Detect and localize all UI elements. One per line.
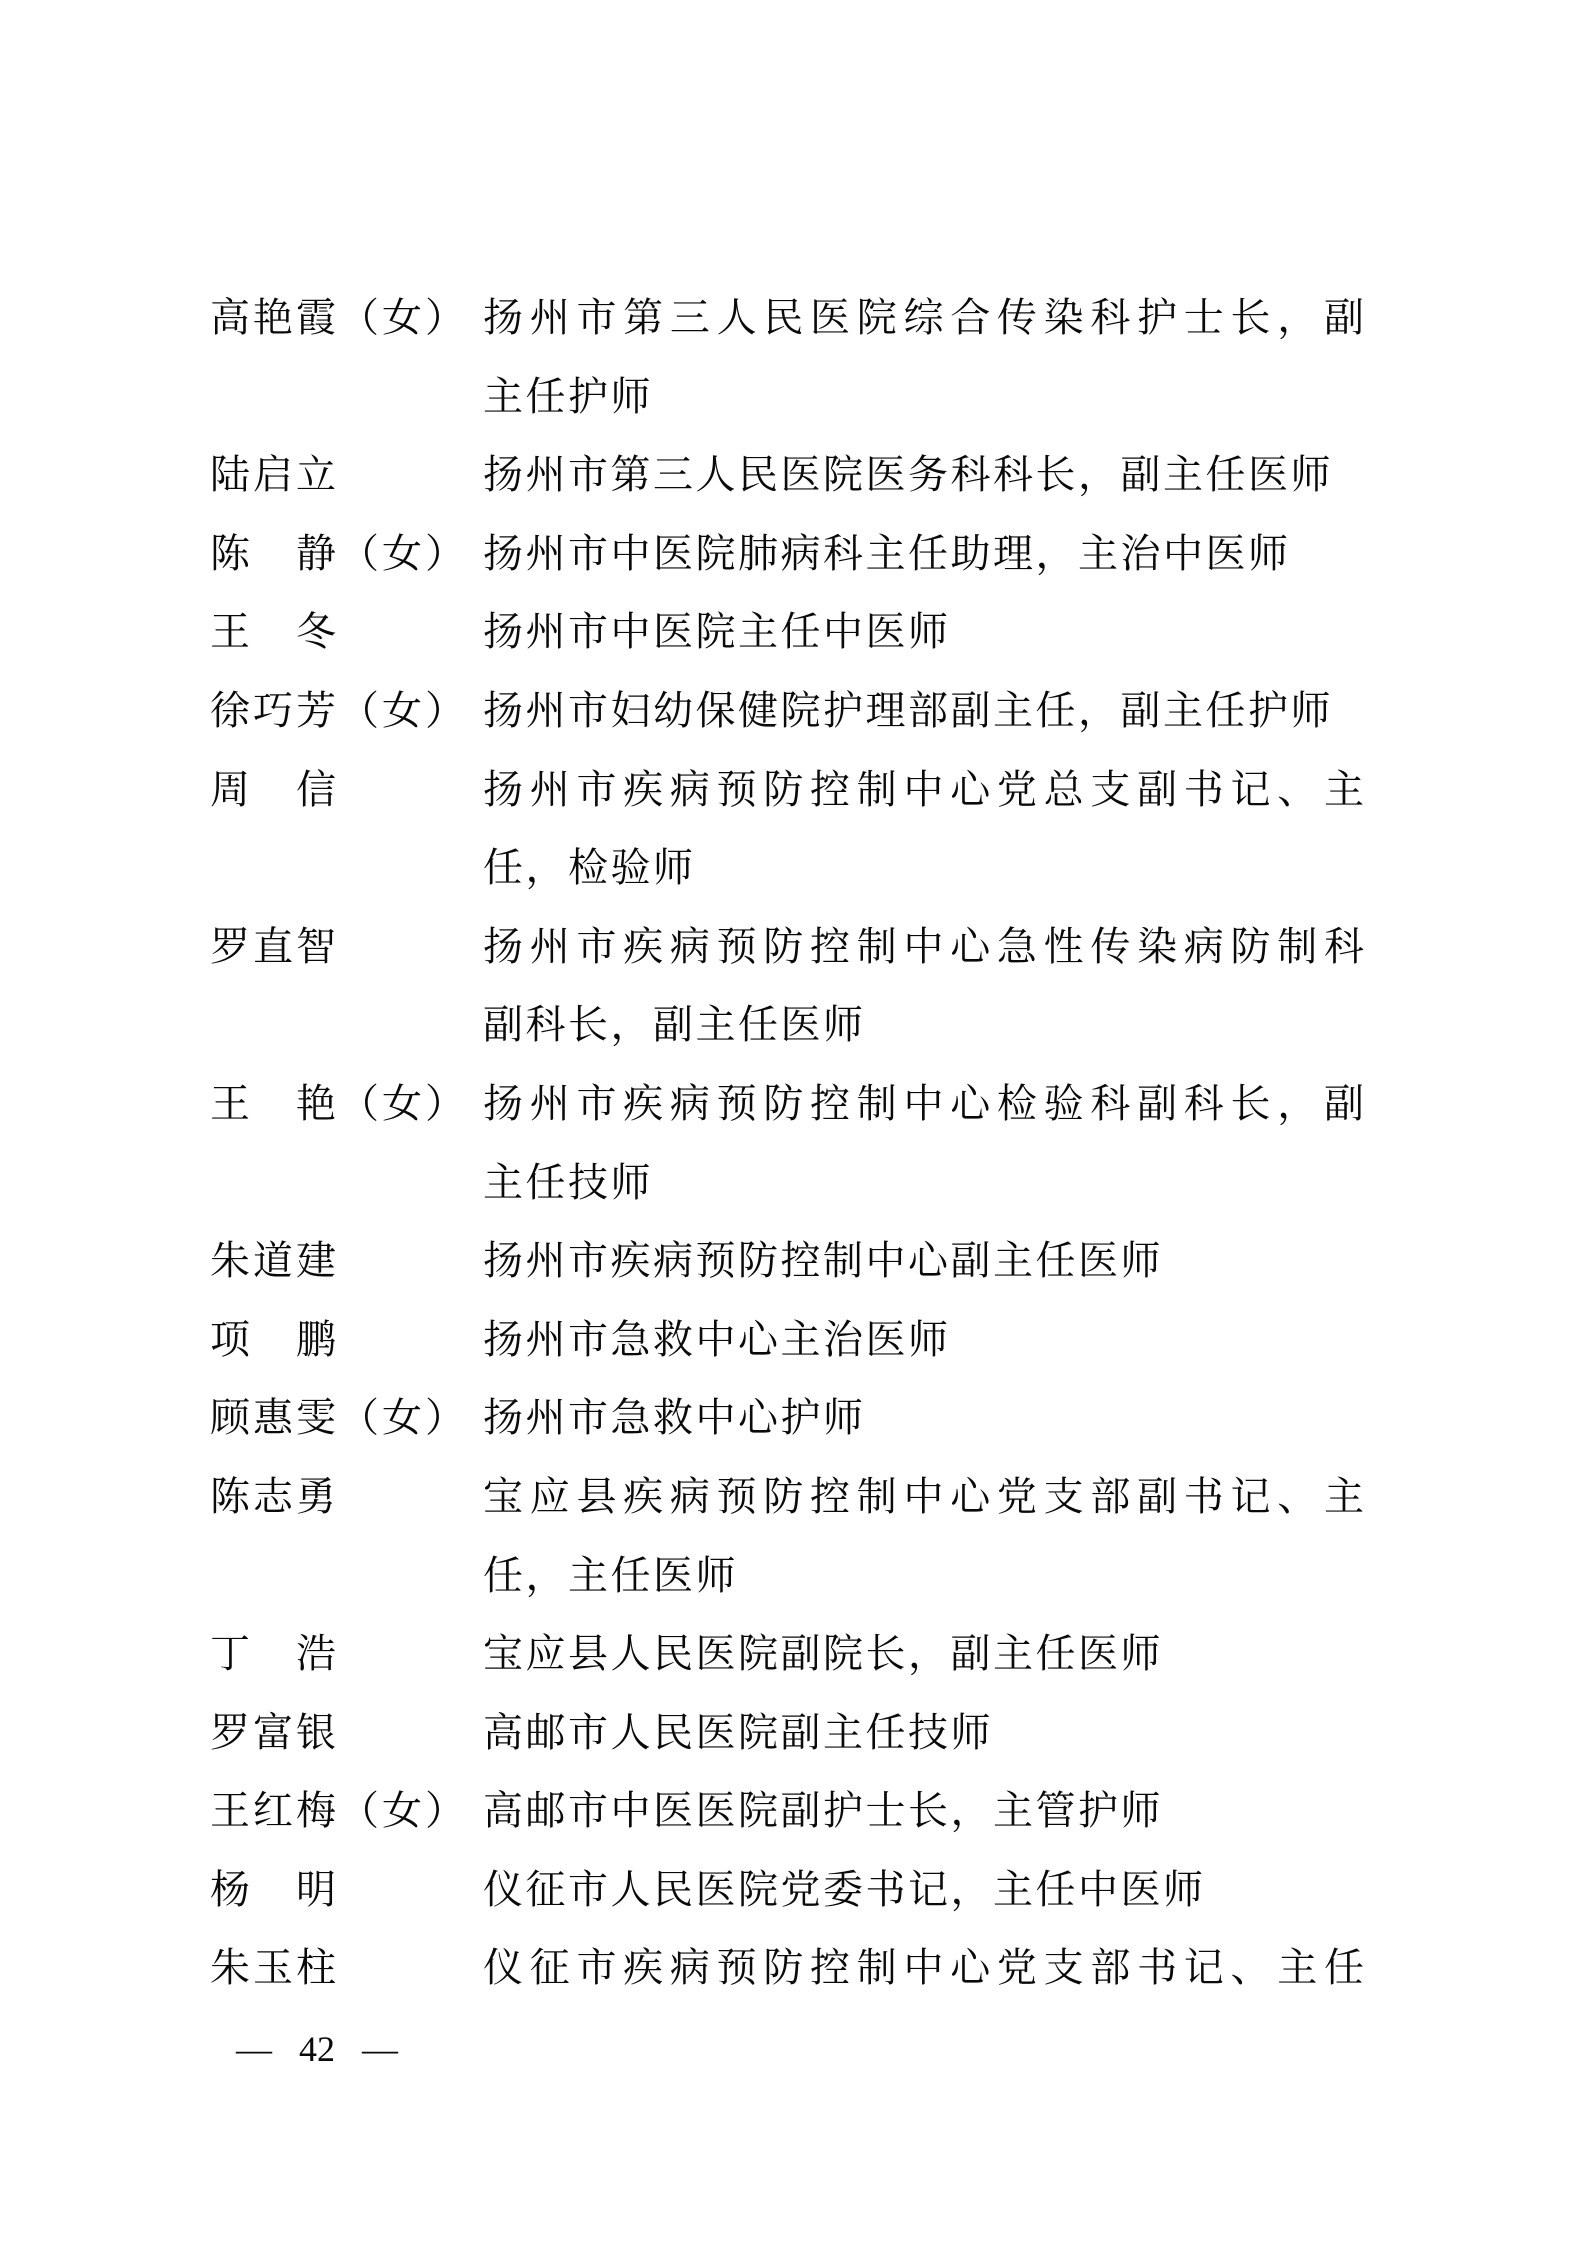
entry-name: 徐巧芳（女） (210, 672, 483, 751)
list-entry: 朱道建 扬州市疾病预防控制中心副主任医师 (210, 1222, 1364, 1301)
entry-name: 朱道建 (210, 1222, 483, 1301)
person-name: 朱玉柱 (210, 1945, 339, 1990)
entry-description-line: 扬州市中医院肺病科主任助理，主治中医师 (483, 515, 1364, 594)
entry-name: 王红梅（女） (210, 1772, 483, 1851)
list-entry: 徐巧芳（女） 扬州市妇幼保健院护理部副主任，副主任护师 (210, 672, 1364, 751)
entry-description: 扬州市第三人民医院综合传染科护士长，副 主任护师 (483, 279, 1364, 436)
list-entry: 项 鹏 扬州市急救中心主治医师 (210, 1301, 1364, 1380)
list-entry: 陈志勇 宝应县疾病预防控制中心党支部副书记、主 任，主任医师 (210, 1458, 1364, 1615)
person-name: 王 艳 (210, 1081, 339, 1126)
entry-name: 罗直智 (210, 908, 483, 987)
entry-description: 仪征市疾病预防控制中心党支部书记、主任 (483, 1929, 1364, 2008)
entry-description: 扬州市妇幼保健院护理部副主任，副主任护师 (483, 672, 1364, 751)
list-entry: 罗富银 高邮市人民医院副主任技师 (210, 1694, 1364, 1773)
person-name: 王红梅 (210, 1788, 339, 1833)
entry-description-line: 扬州市中医院主任中医师 (483, 593, 1364, 672)
entry-description-line: 宝应县疾病预防控制中心党支部副书记、主 (483, 1458, 1364, 1537)
entry-description-line: 主任技师 (483, 1144, 1364, 1223)
gender-note: （女） (339, 531, 468, 576)
entry-description: 扬州市中医院主任中医师 (483, 593, 1364, 672)
entry-description-line: 扬州市急救中心主治医师 (483, 1301, 1364, 1380)
entry-name: 丁 浩 (210, 1615, 483, 1694)
entry-description-line: 主任护师 (483, 358, 1364, 437)
entry-description-line: 宝应县人民医院副院长，副主任医师 (483, 1615, 1364, 1694)
list-entry: 王 艳（女） 扬州市疾病预防控制中心检验科副科长，副 主任技师 (210, 1065, 1364, 1222)
entry-description-line: 任，检验师 (483, 829, 1364, 908)
entry-name: 罗富银 (210, 1694, 483, 1773)
entry-description: 扬州市疾病预防控制中心党总支副书记、主 任，检验师 (483, 751, 1364, 908)
list-entry: 王 冬 扬州市中医院主任中医师 (210, 593, 1364, 672)
footer-dash-right: — (362, 2028, 398, 2070)
entry-description-line: 扬州市妇幼保健院护理部副主任，副主任护师 (483, 672, 1364, 751)
entry-name: 陈 静（女） (210, 515, 483, 594)
entry-description-line: 扬州市疾病预防控制中心检验科副科长，副 (483, 1065, 1364, 1144)
page-number: —42— (236, 2028, 398, 2070)
document-page: 高艳霞（女） 扬州市第三人民医院综合传染科护士长，副 主任护师 陆启立 扬州市第… (0, 0, 1587, 2245)
entry-description: 高邮市人民医院副主任技师 (483, 1694, 1364, 1773)
entry-name: 朱玉柱 (210, 1929, 483, 2008)
entry-description: 扬州市疾病预防控制中心检验科副科长，副 主任技师 (483, 1065, 1364, 1222)
entry-name: 项 鹏 (210, 1301, 483, 1380)
entry-description: 扬州市疾病预防控制中心急性传染病防制科 副科长，副主任医师 (483, 908, 1364, 1065)
person-name: 罗富银 (210, 1710, 339, 1755)
list-entry: 罗直智 扬州市疾病预防控制中心急性传染病防制科 副科长，副主任医师 (210, 908, 1364, 1065)
entry-name: 顾惠雯（女） (210, 1379, 483, 1458)
entry-description-line: 任，主任医师 (483, 1537, 1364, 1616)
gender-note: （女） (339, 295, 468, 340)
list-entry: 陆启立 扬州市第三人民医院医务科科长，副主任医师 (210, 436, 1364, 515)
entry-description: 扬州市疾病预防控制中心副主任医师 (483, 1222, 1364, 1301)
entry-description-line: 仪征市人民医院党委书记，主任中医师 (483, 1851, 1364, 1930)
entry-description-line: 仪征市疾病预防控制中心党支部书记、主任 (483, 1929, 1364, 2008)
entry-description-line: 扬州市第三人民医院综合传染科护士长，副 (483, 279, 1364, 358)
entry-description-line: 扬州市疾病预防控制中心党总支副书记、主 (483, 751, 1364, 830)
list-entry: 陈 静（女） 扬州市中医院肺病科主任助理，主治中医师 (210, 515, 1364, 594)
entry-description-line: 扬州市疾病预防控制中心副主任医师 (483, 1222, 1364, 1301)
entry-name: 高艳霞（女） (210, 279, 483, 358)
list-entry: 高艳霞（女） 扬州市第三人民医院综合传染科护士长，副 主任护师 (210, 279, 1364, 436)
entry-name: 周 信 (210, 751, 483, 830)
person-name: 朱道建 (210, 1238, 339, 1283)
entry-name: 陆启立 (210, 436, 483, 515)
gender-note: （女） (339, 1081, 468, 1126)
gender-note: （女） (339, 1395, 468, 1440)
footer-dash-left: — (236, 2028, 272, 2070)
person-name: 徐巧芳 (210, 688, 339, 733)
entry-description: 扬州市中医院肺病科主任助理，主治中医师 (483, 515, 1364, 594)
person-name: 杨 明 (210, 1867, 339, 1912)
list-entry: 周 信 扬州市疾病预防控制中心党总支副书记、主 任，检验师 (210, 751, 1364, 908)
entry-description: 扬州市第三人民医院医务科科长，副主任医师 (483, 436, 1364, 515)
person-name: 王 冬 (210, 609, 339, 654)
entry-name: 王 冬 (210, 593, 483, 672)
gender-note: （女） (339, 688, 468, 733)
entry-description: 宝应县疾病预防控制中心党支部副书记、主 任，主任医师 (483, 1458, 1364, 1615)
person-name: 顾惠雯 (210, 1395, 339, 1440)
entry-description-line: 高邮市中医医院副护士长，主管护师 (483, 1772, 1364, 1851)
entry-description-line: 副科长，副主任医师 (483, 986, 1364, 1065)
list-entry: 杨 明 仪征市人民医院党委书记，主任中医师 (210, 1851, 1364, 1930)
person-name: 陈 静 (210, 531, 339, 576)
person-name: 丁 浩 (210, 1631, 339, 1676)
award-list: 高艳霞（女） 扬州市第三人民医院综合传染科护士长，副 主任护师 陆启立 扬州市第… (210, 279, 1364, 2008)
list-entry: 顾惠雯（女） 扬州市急救中心护师 (210, 1379, 1364, 1458)
list-entry: 王红梅（女） 高邮市中医医院副护士长，主管护师 (210, 1772, 1364, 1851)
list-entry: 朱玉柱 仪征市疾病预防控制中心党支部书记、主任 (210, 1929, 1364, 2008)
entry-name: 杨 明 (210, 1851, 483, 1930)
gender-note: （女） (339, 1788, 468, 1833)
person-name: 陈志勇 (210, 1474, 339, 1519)
entry-description: 扬州市急救中心主治医师 (483, 1301, 1364, 1380)
person-name: 周 信 (210, 767, 339, 812)
entry-description: 仪征市人民医院党委书记，主任中医师 (483, 1851, 1364, 1930)
entry-description: 高邮市中医医院副护士长，主管护师 (483, 1772, 1364, 1851)
person-name: 高艳霞 (210, 295, 339, 340)
person-name: 项 鹏 (210, 1317, 339, 1362)
entry-name: 王 艳（女） (210, 1065, 483, 1144)
entry-description-line: 扬州市第三人民医院医务科科长，副主任医师 (483, 436, 1364, 515)
entry-description: 宝应县人民医院副院长，副主任医师 (483, 1615, 1364, 1694)
entry-description-line: 高邮市人民医院副主任技师 (483, 1694, 1364, 1773)
entry-description-line: 扬州市疾病预防控制中心急性传染病防制科 (483, 908, 1364, 987)
person-name: 罗直智 (210, 924, 339, 969)
entry-description: 扬州市急救中心护师 (483, 1379, 1364, 1458)
entry-name: 陈志勇 (210, 1458, 483, 1537)
entry-description-line: 扬州市急救中心护师 (483, 1379, 1364, 1458)
list-entry: 丁 浩 宝应县人民医院副院长，副主任医师 (210, 1615, 1364, 1694)
person-name: 陆启立 (210, 452, 339, 497)
footer-page-number: 42 (299, 2028, 335, 2070)
